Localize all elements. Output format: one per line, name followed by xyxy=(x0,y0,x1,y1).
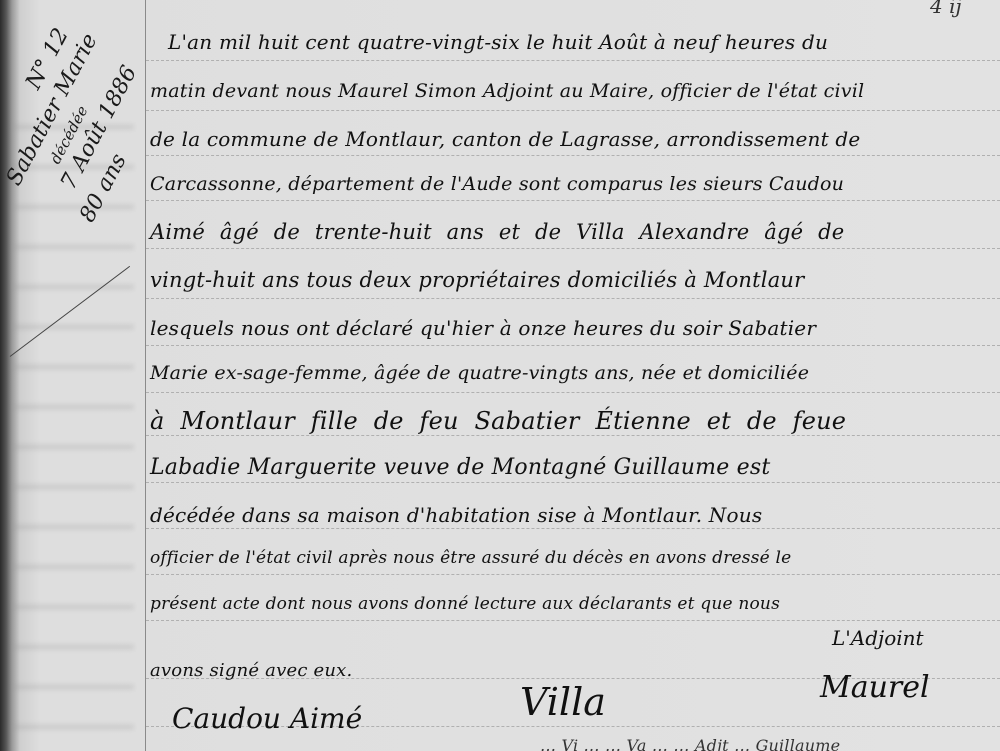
ruled-line xyxy=(146,345,1000,346)
record-line: à Montlaur fille de feu Sabatier Étienne… xyxy=(150,407,846,435)
ruled-line xyxy=(146,528,1000,529)
ruled-line xyxy=(146,60,1000,61)
record-line: Marie ex-sage-femme, âgée de quatre-ving… xyxy=(150,362,809,384)
record-line: lesquels nous ont déclaré qu'hier à onze… xyxy=(150,316,816,340)
next-record-partial-line: … Vi … … Va … … Adjt … Guillaume xyxy=(540,736,840,751)
record-line: vingt-huit ans tous deux propriétaires d… xyxy=(150,268,804,292)
record-line: matin devant nous Maurel Simon Adjoint a… xyxy=(150,80,864,102)
ruled-line xyxy=(146,620,1000,621)
record-line: de la commune de Montlaur, canton de Lag… xyxy=(150,127,860,151)
record-line: présent acte dont nous avons donné lectu… xyxy=(150,594,780,614)
signature-maurel: Maurel xyxy=(820,670,930,705)
scanned-register-page: 4 ij N° 12 Sabatier Marie décédée 7 Août… xyxy=(0,0,1000,751)
ruled-line xyxy=(146,574,1000,575)
record-line: officier de l'état civil après nous être… xyxy=(150,548,791,568)
signature-caudou: Caudou Aimé xyxy=(172,702,362,735)
page-corner-mark: 4 ij xyxy=(930,0,962,18)
ruled-line xyxy=(146,435,1000,436)
record-line: Carcassonne, département de l'Aude sont … xyxy=(150,173,844,195)
record-line: Labadie Marguerite veuve de Montagné Gui… xyxy=(150,455,770,480)
ruled-line xyxy=(146,155,1000,156)
ruled-line xyxy=(146,110,1000,111)
signature-title: L'Adjoint xyxy=(832,626,924,650)
ruled-line xyxy=(146,200,1000,201)
record-line: décédée dans sa maison d'habitation sise… xyxy=(150,503,762,527)
record-line: L'an mil huit cent quatre-vingt-six le h… xyxy=(168,30,828,54)
record-line: avons signé avec eux. xyxy=(150,660,352,681)
ruled-line xyxy=(146,248,1000,249)
ruled-line xyxy=(146,392,1000,393)
signature-villa: Villa xyxy=(520,680,606,724)
record-line: Aimé âgé de trente-huit ans et de Villa … xyxy=(150,220,844,244)
ruled-line xyxy=(146,298,1000,299)
ruled-line xyxy=(146,482,1000,483)
